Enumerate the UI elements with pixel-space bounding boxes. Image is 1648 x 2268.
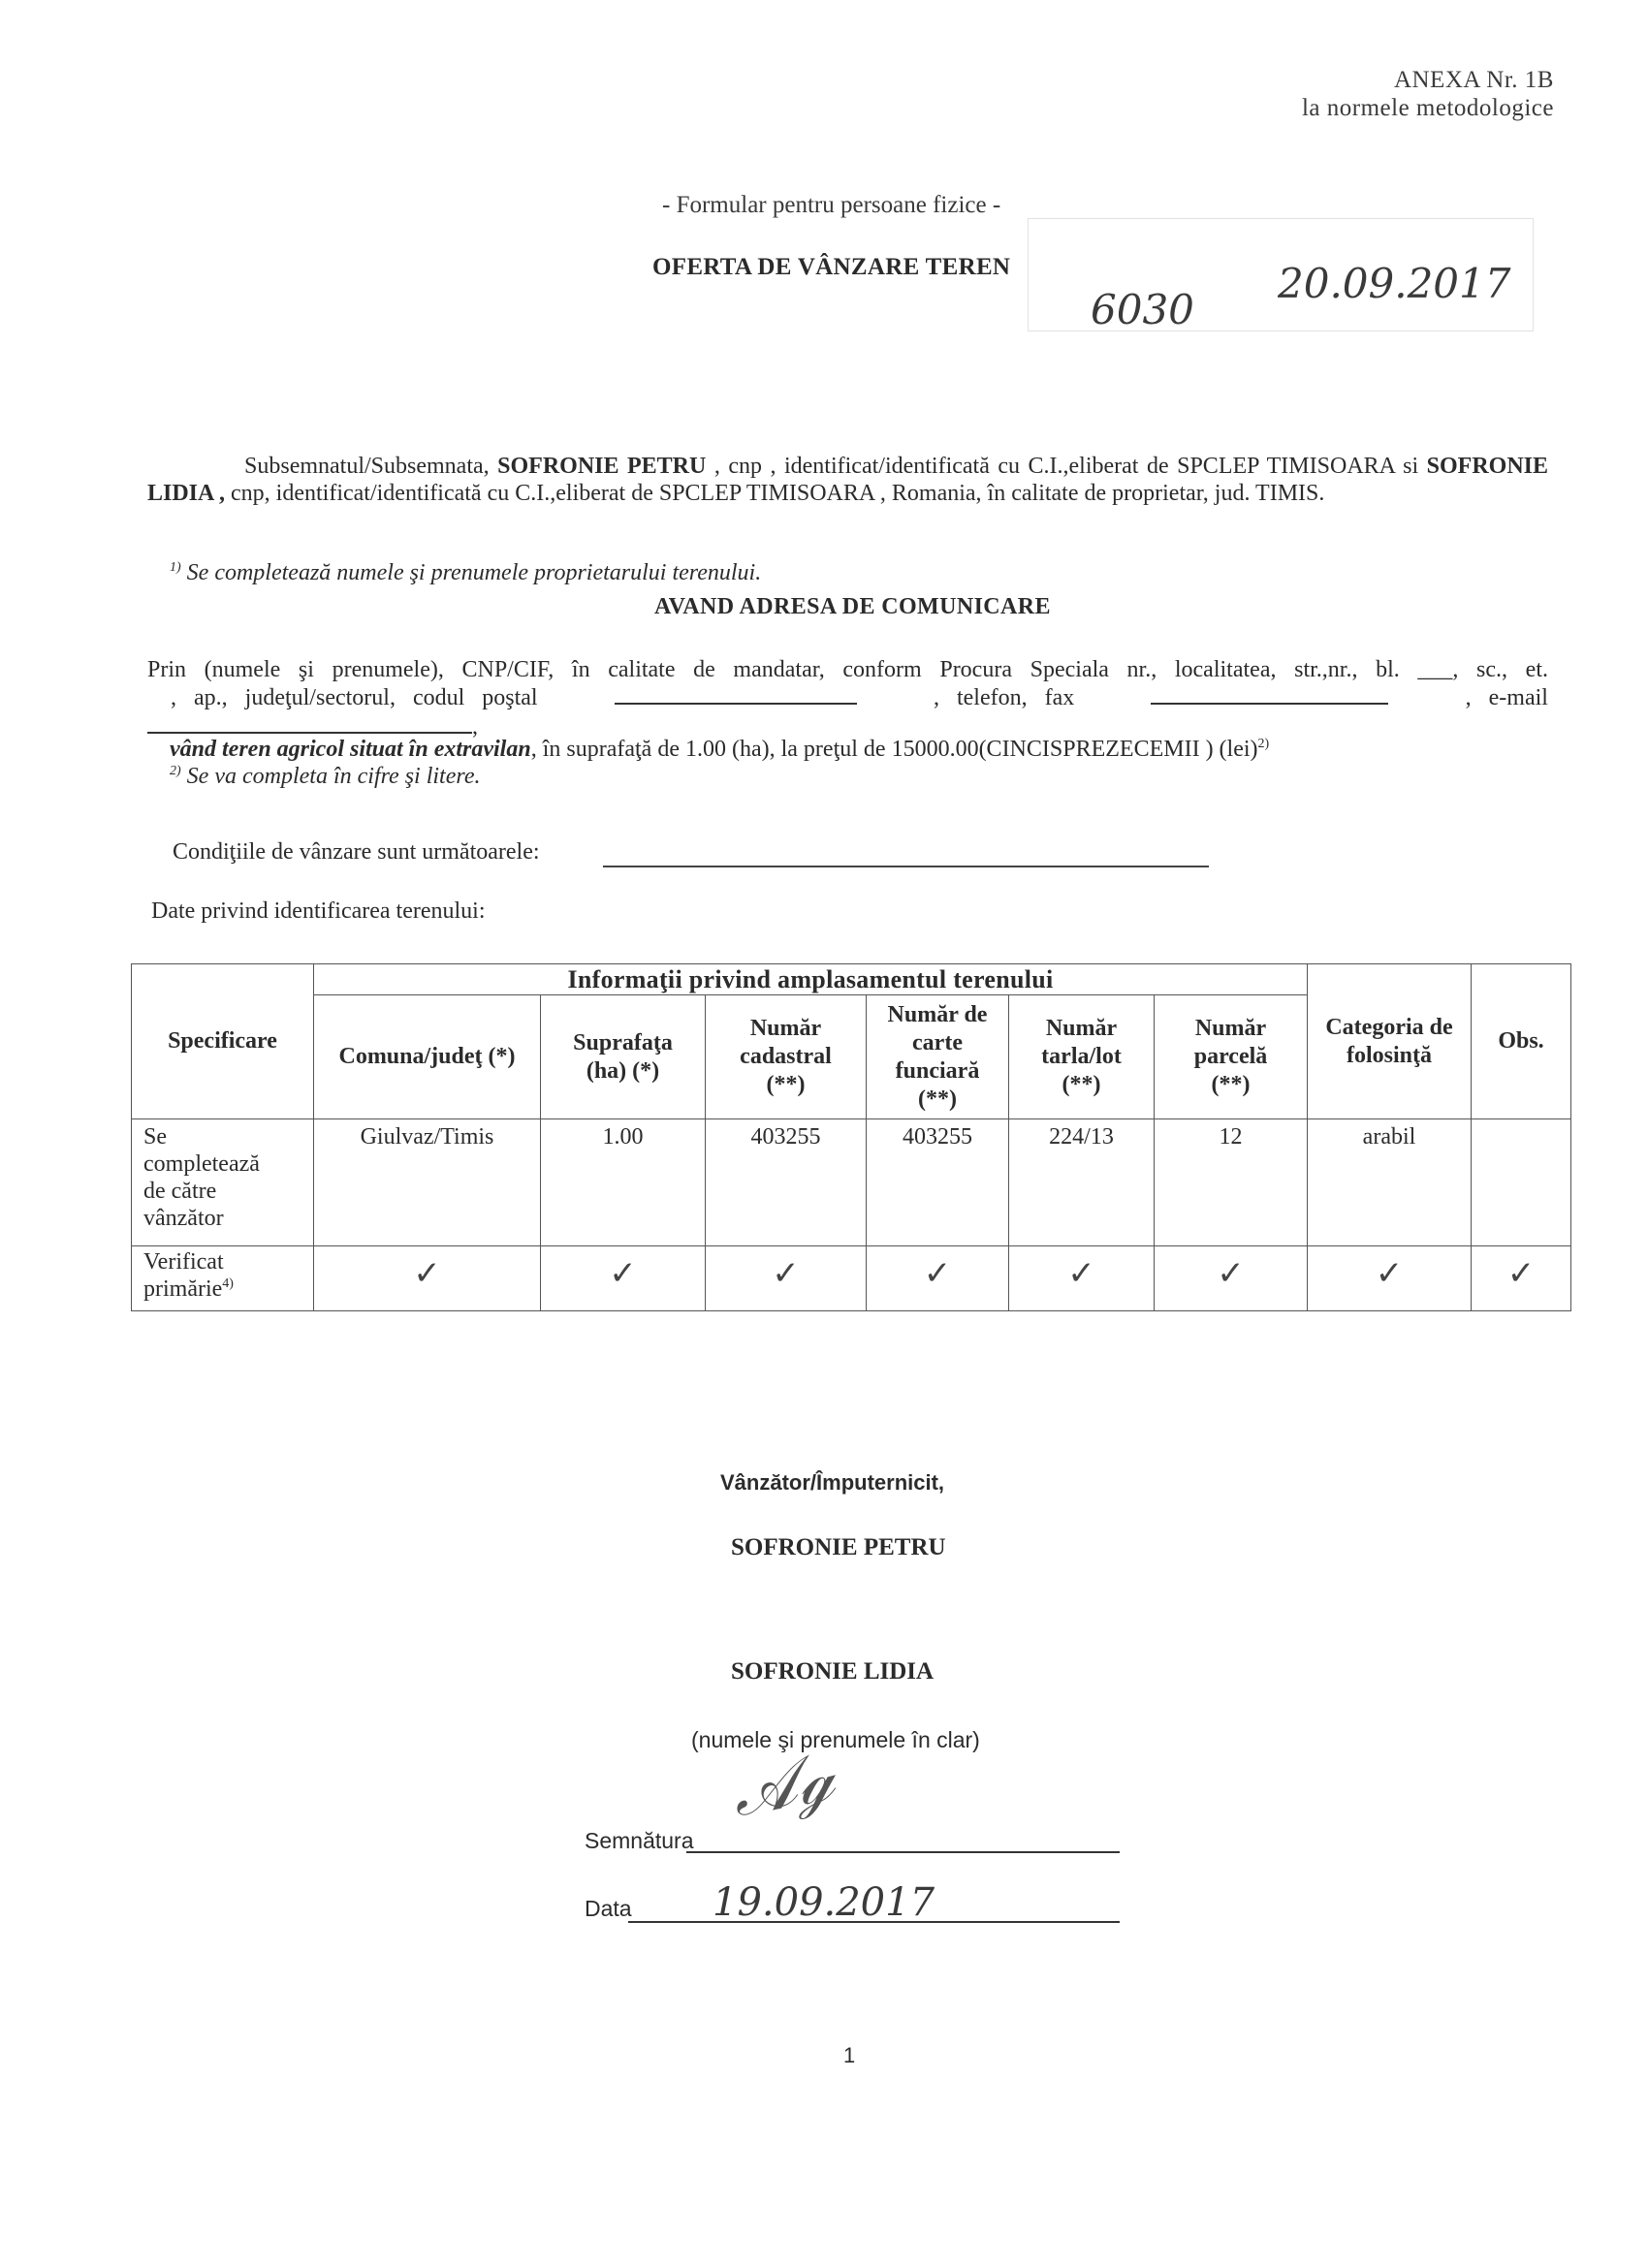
check-mark-icon: ✓ bbox=[413, 1254, 441, 1293]
row-label: Verificat primărie4) bbox=[132, 1246, 314, 1311]
owners-paragraph: Subsemnatul/Subsemnata, SOFRONIE PETRU ,… bbox=[147, 453, 1548, 507]
registration-number: 6030 bbox=[1091, 286, 1194, 333]
signature-field[interactable] bbox=[686, 1851, 1120, 1853]
row-label: Se completează de către vânzător bbox=[132, 1119, 314, 1246]
verify-cell: ✓ bbox=[1009, 1246, 1155, 1311]
footnote-1: 1) Se completează numele şi prenumele pr… bbox=[170, 560, 761, 586]
email-label: , e-mail bbox=[1466, 684, 1548, 711]
footnote-text: Se va completa în cifre şi litere. bbox=[181, 764, 481, 789]
col-header-plot: Număr tarla/lot (**) bbox=[1009, 995, 1155, 1119]
col-header-commune: Comuna/judeţ (*) bbox=[314, 995, 541, 1119]
verify-cell: ✓ bbox=[1308, 1246, 1472, 1311]
document-title: OFERTA DE VÂNZARE TEREN bbox=[652, 254, 1010, 281]
land-identification-table: Specificare Informaţii privind amplasame… bbox=[131, 963, 1571, 1311]
check-mark-icon: ✓ bbox=[1217, 1254, 1245, 1293]
fax-field[interactable] bbox=[1151, 683, 1388, 705]
email-field[interactable] bbox=[147, 712, 472, 734]
address-paragraph: Prin (numele şi prenumele), CNP/CIF, în … bbox=[147, 656, 1548, 711]
postal-code-field[interactable] bbox=[615, 683, 857, 705]
col-header-cadastral: Număr cadastral (**) bbox=[706, 995, 867, 1119]
annex-header: ANEXA Nr. 1B la normele metodologice bbox=[1302, 66, 1554, 122]
address-heading: AVAND ADRESA DE COMUNICARE bbox=[654, 594, 1051, 620]
annex-subtitle: la normele metodologice bbox=[1302, 94, 1554, 122]
cell-category: arabil bbox=[1308, 1119, 1472, 1246]
col-header-category: Categoria de folosinţă bbox=[1308, 964, 1472, 1119]
cell-commune: Giulvaz/Timis bbox=[314, 1119, 541, 1246]
verify-cell: ✓ bbox=[706, 1246, 867, 1311]
identification-label: Date privind identificarea terenului: bbox=[151, 898, 486, 925]
registration-date: 20.09.2017 bbox=[1278, 260, 1510, 307]
group-header-location: Informaţii privind amplasamentul terenul… bbox=[314, 964, 1308, 995]
verify-cell: ✓ bbox=[1472, 1246, 1571, 1311]
sale-statement-emphasis: vând teren agricol situat în extravilan bbox=[170, 737, 531, 762]
owner2-details: cnp, identificat/identificată cu C.I.,el… bbox=[225, 481, 1324, 506]
verify-cell: ✓ bbox=[1155, 1246, 1308, 1311]
footnote-mark: 2) bbox=[170, 764, 181, 778]
date-label: Data bbox=[585, 1896, 632, 1922]
seller-name-2: SOFRONIE LIDIA bbox=[731, 1658, 934, 1685]
conditions-label: Condiţiile de vânzare sunt următoarele: bbox=[173, 839, 540, 866]
col-header-obs: Obs. bbox=[1472, 964, 1571, 1119]
phone-fax-label: , telefon, fax bbox=[934, 684, 1074, 711]
check-mark-icon: ✓ bbox=[924, 1254, 952, 1293]
verify-cell: ✓ bbox=[541, 1246, 706, 1311]
check-mark-icon: ✓ bbox=[1507, 1254, 1536, 1293]
cell-land-book: 403255 bbox=[867, 1119, 1009, 1246]
verify-cell: ✓ bbox=[314, 1246, 541, 1311]
check-mark-icon: ✓ bbox=[1376, 1254, 1404, 1293]
cell-obs bbox=[1472, 1119, 1571, 1246]
check-mark-icon: ✓ bbox=[772, 1254, 800, 1293]
footnote-mark: 1) bbox=[170, 560, 181, 575]
owner1-details: , cnp , identificat/identificată cu C.I.… bbox=[706, 454, 1426, 479]
footnote-2: 2) Se va completa în cifre şi litere. bbox=[170, 764, 480, 790]
seller-role-label: Vânzător/Împuternicit, bbox=[720, 1470, 944, 1496]
form-type: - Formular pentru persoane fizice - bbox=[662, 192, 1000, 219]
footnote-text: Se completează numele şi prenumele propr… bbox=[181, 560, 762, 585]
address-fields: , ap., judeţul/sectorul, codul poştal bbox=[147, 684, 538, 711]
owner1-name: SOFRONIE PETRU bbox=[497, 454, 706, 479]
conditions-field[interactable] bbox=[603, 866, 1209, 867]
intro-text: Subsemnatul/Subsemnata, bbox=[244, 454, 490, 479]
address-line-2: , ap., judeţul/sectorul, codul poştal , … bbox=[147, 683, 1548, 711]
table-row-verification: Verificat primărie4) ✓ ✓ ✓ ✓ ✓ ✓ ✓ ✓ bbox=[132, 1246, 1571, 1311]
cell-plot: 224/13 bbox=[1009, 1119, 1155, 1246]
table-row-seller: Se completează de către vânzător Giulvaz… bbox=[132, 1119, 1571, 1246]
cell-parcel: 12 bbox=[1155, 1119, 1308, 1246]
col-header-area: Suprafaţa (ha) (*) bbox=[541, 995, 706, 1119]
handwritten-date: 19.09.2017 bbox=[713, 1880, 935, 1925]
name-clear-note: (numele şi prenumele în clar) bbox=[691, 1727, 980, 1753]
col-header-land-book: Număr de carte funciară (**) bbox=[867, 995, 1009, 1119]
col-header-parcel: Număr parcelă (**) bbox=[1155, 995, 1308, 1119]
check-mark-icon: ✓ bbox=[609, 1254, 637, 1293]
cell-area: 1.00 bbox=[541, 1119, 706, 1246]
col-header-specificare: Specificare bbox=[132, 964, 314, 1119]
seller-name-1: SOFRONIE PETRU bbox=[731, 1534, 946, 1561]
sale-statement-details: , în suprafaţă de 1.00 (ha), la preţul d… bbox=[531, 737, 1258, 762]
sale-statement: vând teren agricol situat în extravilan,… bbox=[170, 737, 1269, 763]
handwritten-signature: 𝒜ℊ bbox=[726, 1737, 840, 1834]
page-number: 1 bbox=[843, 2043, 855, 2068]
address-line-1: Prin (numele şi prenumele), CNP/CIF, în … bbox=[147, 656, 1548, 683]
check-mark-icon: ✓ bbox=[1067, 1254, 1095, 1293]
signature-label: Semnătura bbox=[585, 1828, 694, 1854]
verify-cell: ✓ bbox=[867, 1246, 1009, 1311]
cell-cadastral: 403255 bbox=[706, 1119, 867, 1246]
annex-number: ANEXA Nr. 1B bbox=[1302, 66, 1554, 94]
